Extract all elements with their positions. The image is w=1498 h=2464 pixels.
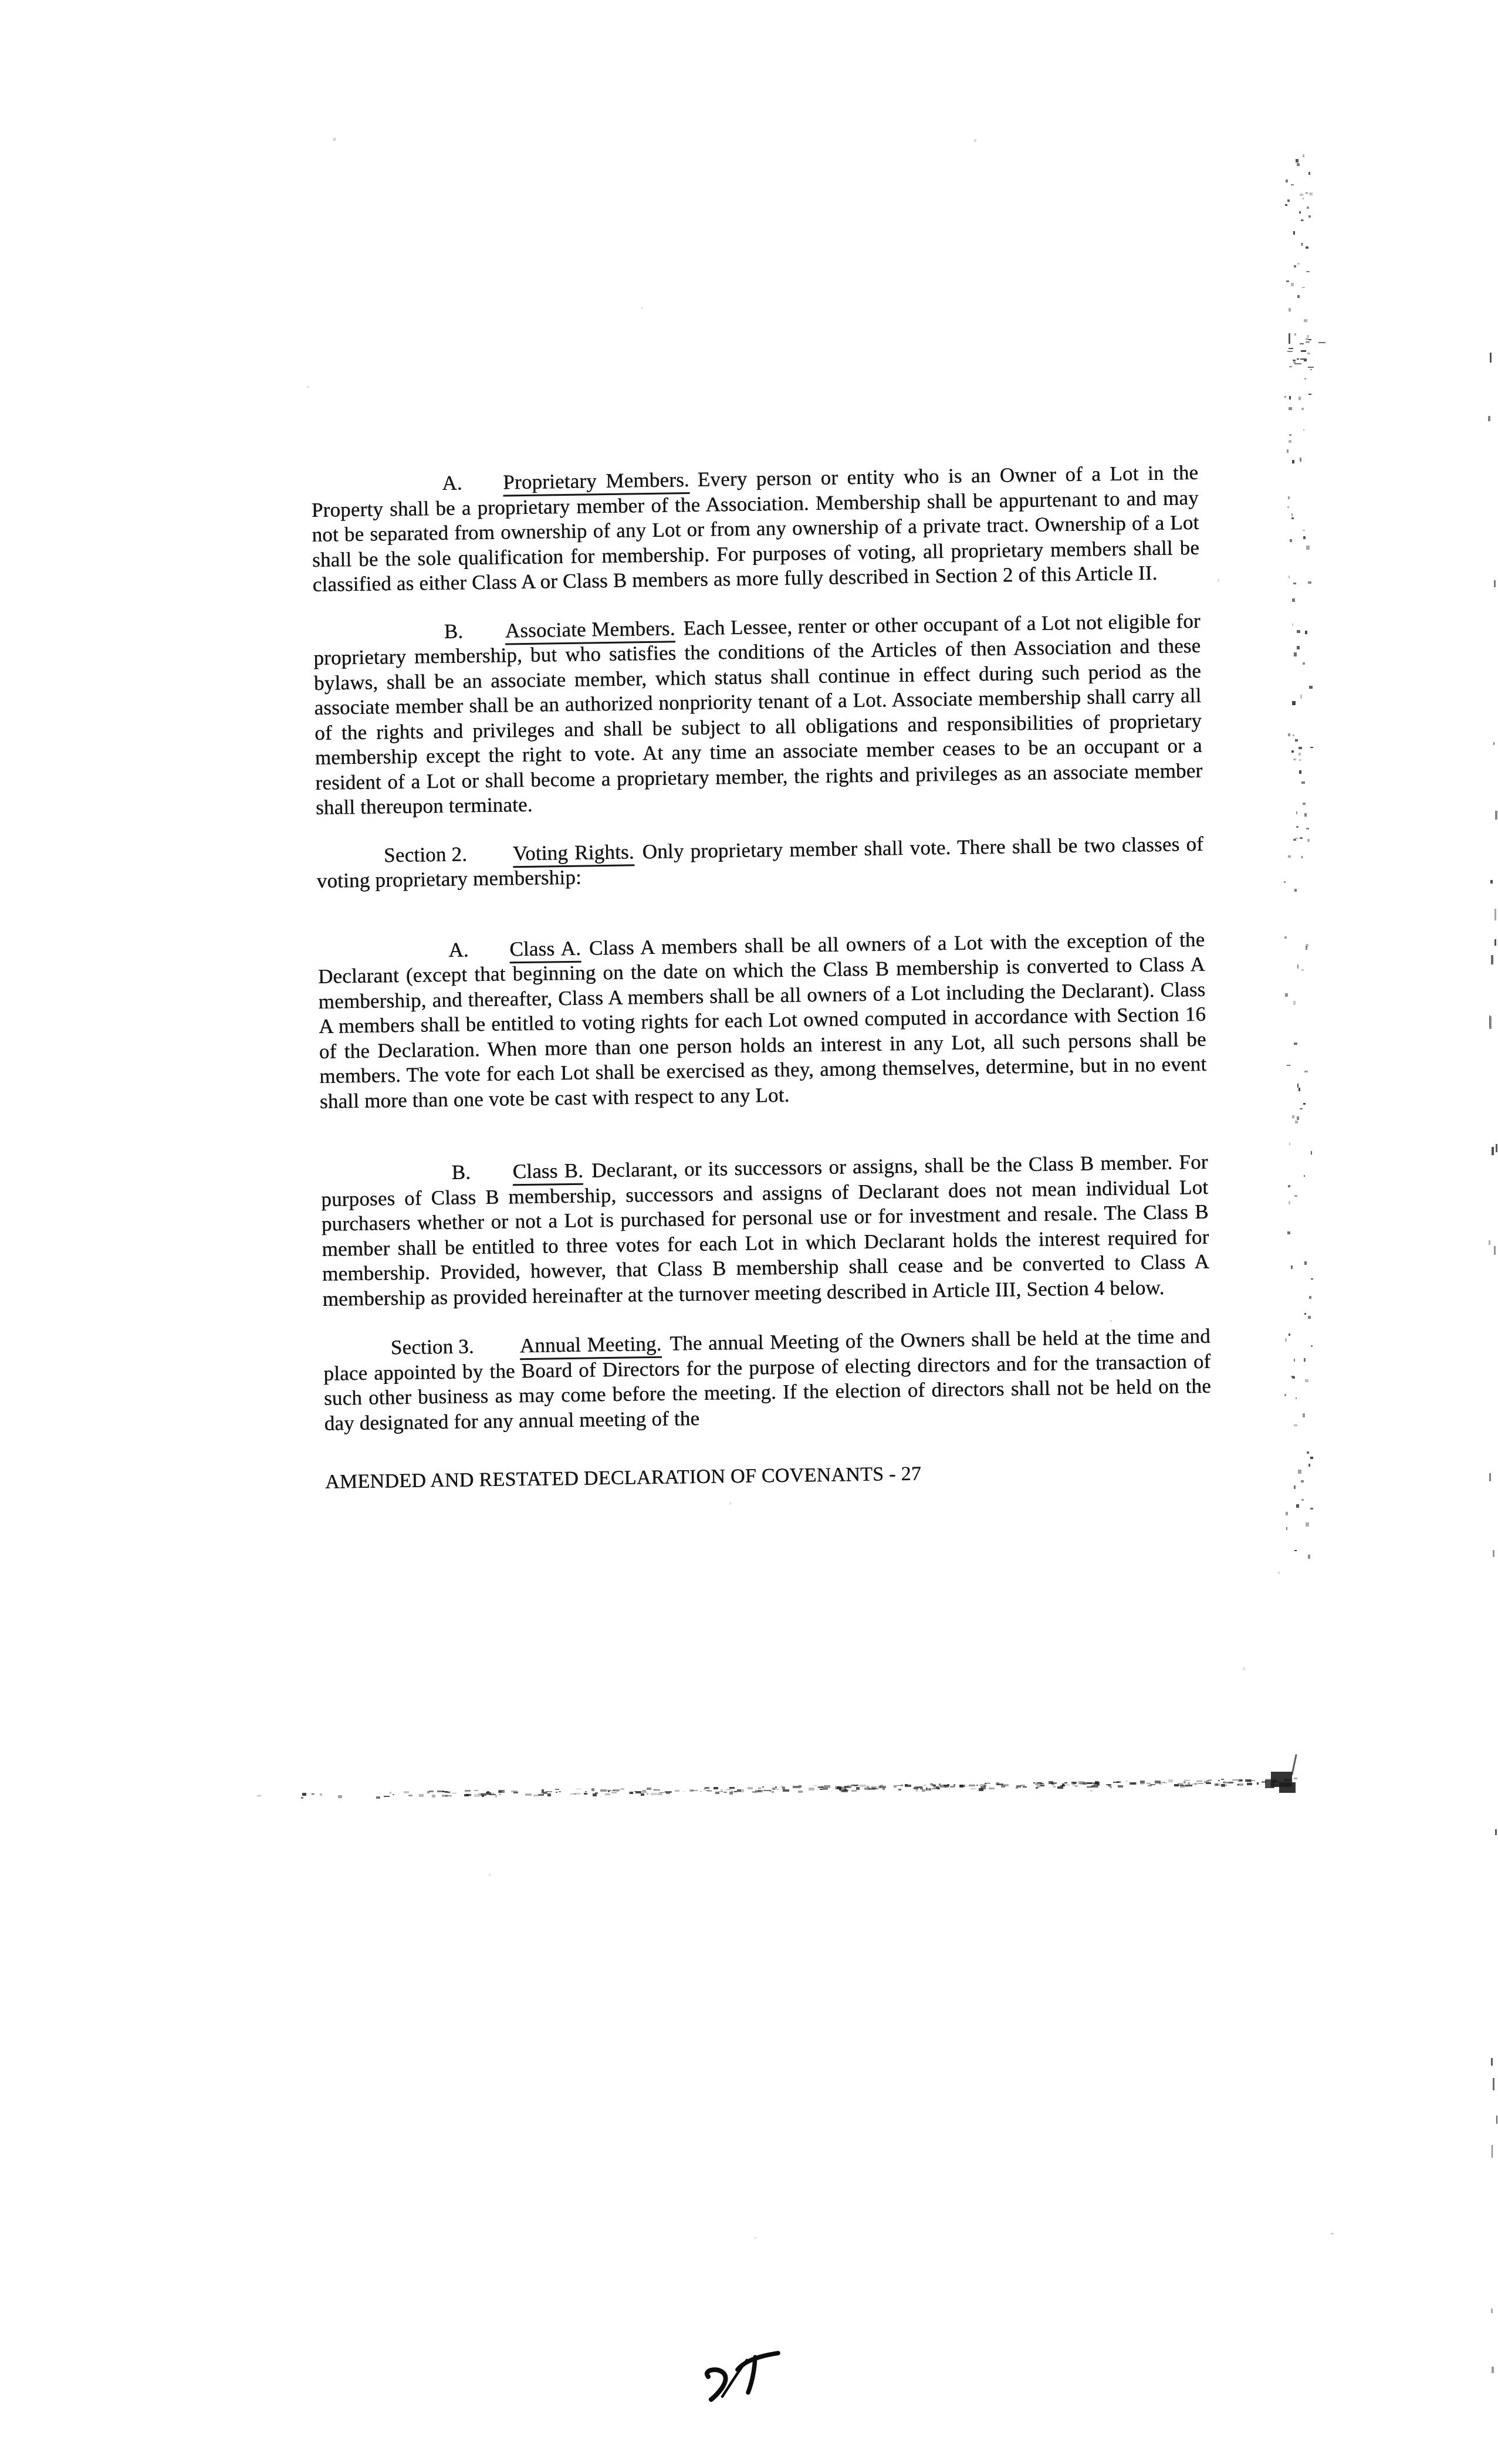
paragraph-label: B. (444, 618, 506, 644)
paragraph-label: Section 2. (384, 841, 513, 868)
paragraph-heading-underlined: Voting Rights. (513, 840, 634, 868)
paragraph-heading-underlined: Class B. (512, 1159, 583, 1186)
paragraph-proprietary-members: A.Proprietary Members.Every person or en… (311, 461, 1200, 598)
paragraph-heading-underlined: Associate Members. (505, 617, 675, 645)
paragraph-heading-underlined: Annual Meeting. (520, 1332, 662, 1360)
handwritten-page-number (695, 2332, 795, 2408)
paragraph-label: A. (448, 937, 510, 963)
paragraph-section-2-voting-rights: Section 2.Voting Rights.Only proprietary… (316, 831, 1204, 893)
paragraph-heading-underlined: Proprietary Members. (503, 468, 689, 496)
paragraph-label: Section 3. (391, 1333, 520, 1360)
paragraph-label: B. (451, 1159, 513, 1185)
scanned-page: A.Proprietary Members.Every person or en… (0, 0, 1498, 2464)
page-footer-title: AMENDED AND RESTATED DECLARATION OF COVE… (325, 1458, 1212, 1495)
paragraph-class-a: A.Class A.Class A members shall be all o… (317, 927, 1207, 1114)
paragraph-section-3-annual-meeting: Section 3.Annual Meeting.The annual Meet… (323, 1324, 1212, 1436)
paragraph-associate-members: B.Associate Members.Each Lessee, renter … (313, 608, 1203, 820)
paragraph-class-b: B.Class B.Declarant, or its successors o… (320, 1150, 1209, 1312)
paragraph-heading-underlined: Class A. (509, 936, 581, 963)
paragraph-label: A. (442, 470, 503, 496)
document-text-block: A.Proprietary Members.Every person or en… (311, 461, 1213, 1515)
